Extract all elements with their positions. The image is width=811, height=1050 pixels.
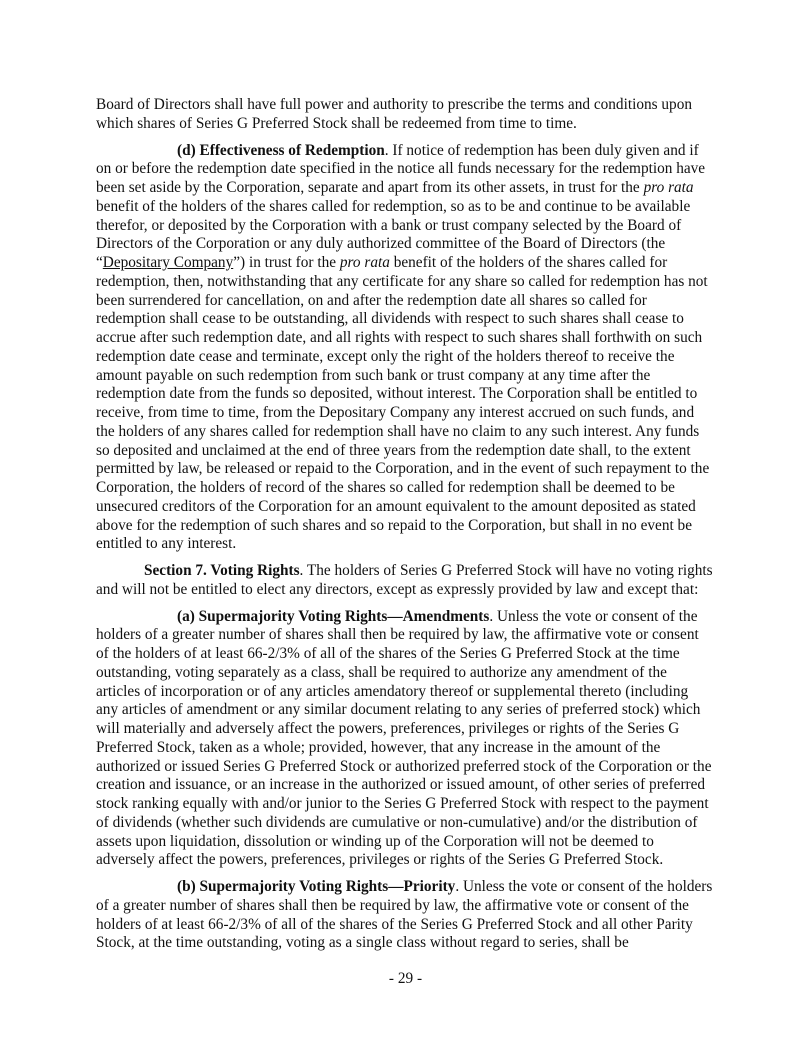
paragraph-supermajority-priority: (b) Supermajority Voting Rights—Priority…: [96, 878, 714, 953]
paragraph-supermajority-amendments: (a) Supermajority Voting Rights—Amendmen…: [96, 608, 714, 871]
section-heading: (d) Effectiveness of Redemption: [177, 142, 385, 159]
paragraph-text: benefit of the holders of the shares cal…: [96, 254, 709, 552]
section-heading: Section 7. Voting Rights: [144, 562, 300, 579]
italic-term: pro rata: [644, 179, 694, 196]
section-heading: (b) Supermajority Voting Rights—Priority: [177, 878, 455, 895]
defined-term: Depositary Company: [103, 254, 233, 271]
paragraph-section-7-voting-rights: Section 7. Voting Rights. The holders of…: [96, 562, 714, 600]
paragraph-effectiveness-of-redemption: (d) Effectiveness of Redemption. If noti…: [96, 142, 714, 555]
page-number: - 29 -: [0, 970, 811, 988]
italic-term: pro rata: [340, 254, 390, 271]
document-page: Board of Directors shall have full power…: [96, 96, 714, 961]
paragraph-text: Board of Directors shall have full power…: [96, 96, 692, 132]
paragraph-text: . Unless the vote or consent of the hold…: [96, 608, 712, 869]
paragraph-text: ”) in trust for the: [233, 254, 340, 271]
paragraph-redemption-authority: Board of Directors shall have full power…: [96, 96, 714, 134]
section-heading: (a) Supermajority Voting Rights—Amendmen…: [177, 608, 489, 625]
